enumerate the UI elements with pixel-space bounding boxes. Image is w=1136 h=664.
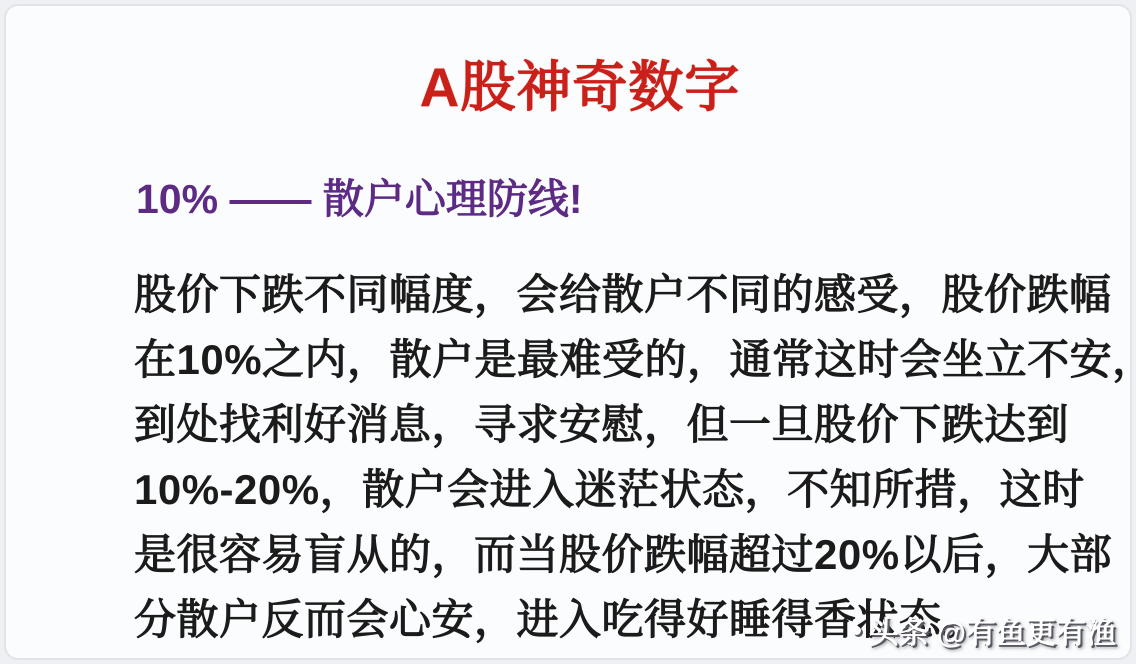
toutiao-logo-dot-icon xyxy=(852,626,861,635)
body-line-2: 在10%之内，散户是最难受的，通常这时会坐立不安， xyxy=(134,327,1070,392)
body-line-1: 股价下跌不同幅度，会给散户不同的感受，股价跌幅 xyxy=(134,262,1070,327)
body-line-4: 10%-20%，散户会进入迷茫状态，不知所措，这时 xyxy=(134,457,1070,522)
infographic-page: A股神奇数字 10% —— 散户心理防线! 股价下跌不同幅度，会给散户不同的感受… xyxy=(0,0,1136,664)
body-line-3: 到处找利好消息，寻求安慰，但一旦股价下跌达到 xyxy=(134,392,1070,457)
page-title: A股神奇数字 xyxy=(6,58,1130,116)
body-paragraph: 股价下跌不同幅度，会给散户不同的感受，股价跌幅 在10%之内，散户是最难受的，通… xyxy=(134,262,1070,652)
watermark-brand: 头条 xyxy=(869,608,929,652)
body-line-5: 是很容易盲从的，而当股价跌幅超过20%以后，大部 xyxy=(134,522,1070,587)
subtitle-psychological-line: 10% —— 散户心理防线! xyxy=(136,176,1130,222)
toutiao-watermark: 头条 @有鱼更有渔 xyxy=(852,608,1116,652)
watermark-handle: @有鱼更有渔 xyxy=(937,608,1116,652)
content-card: A股神奇数字 10% —— 散户心理防线! 股价下跌不同幅度，会给散户不同的感受… xyxy=(4,4,1132,660)
